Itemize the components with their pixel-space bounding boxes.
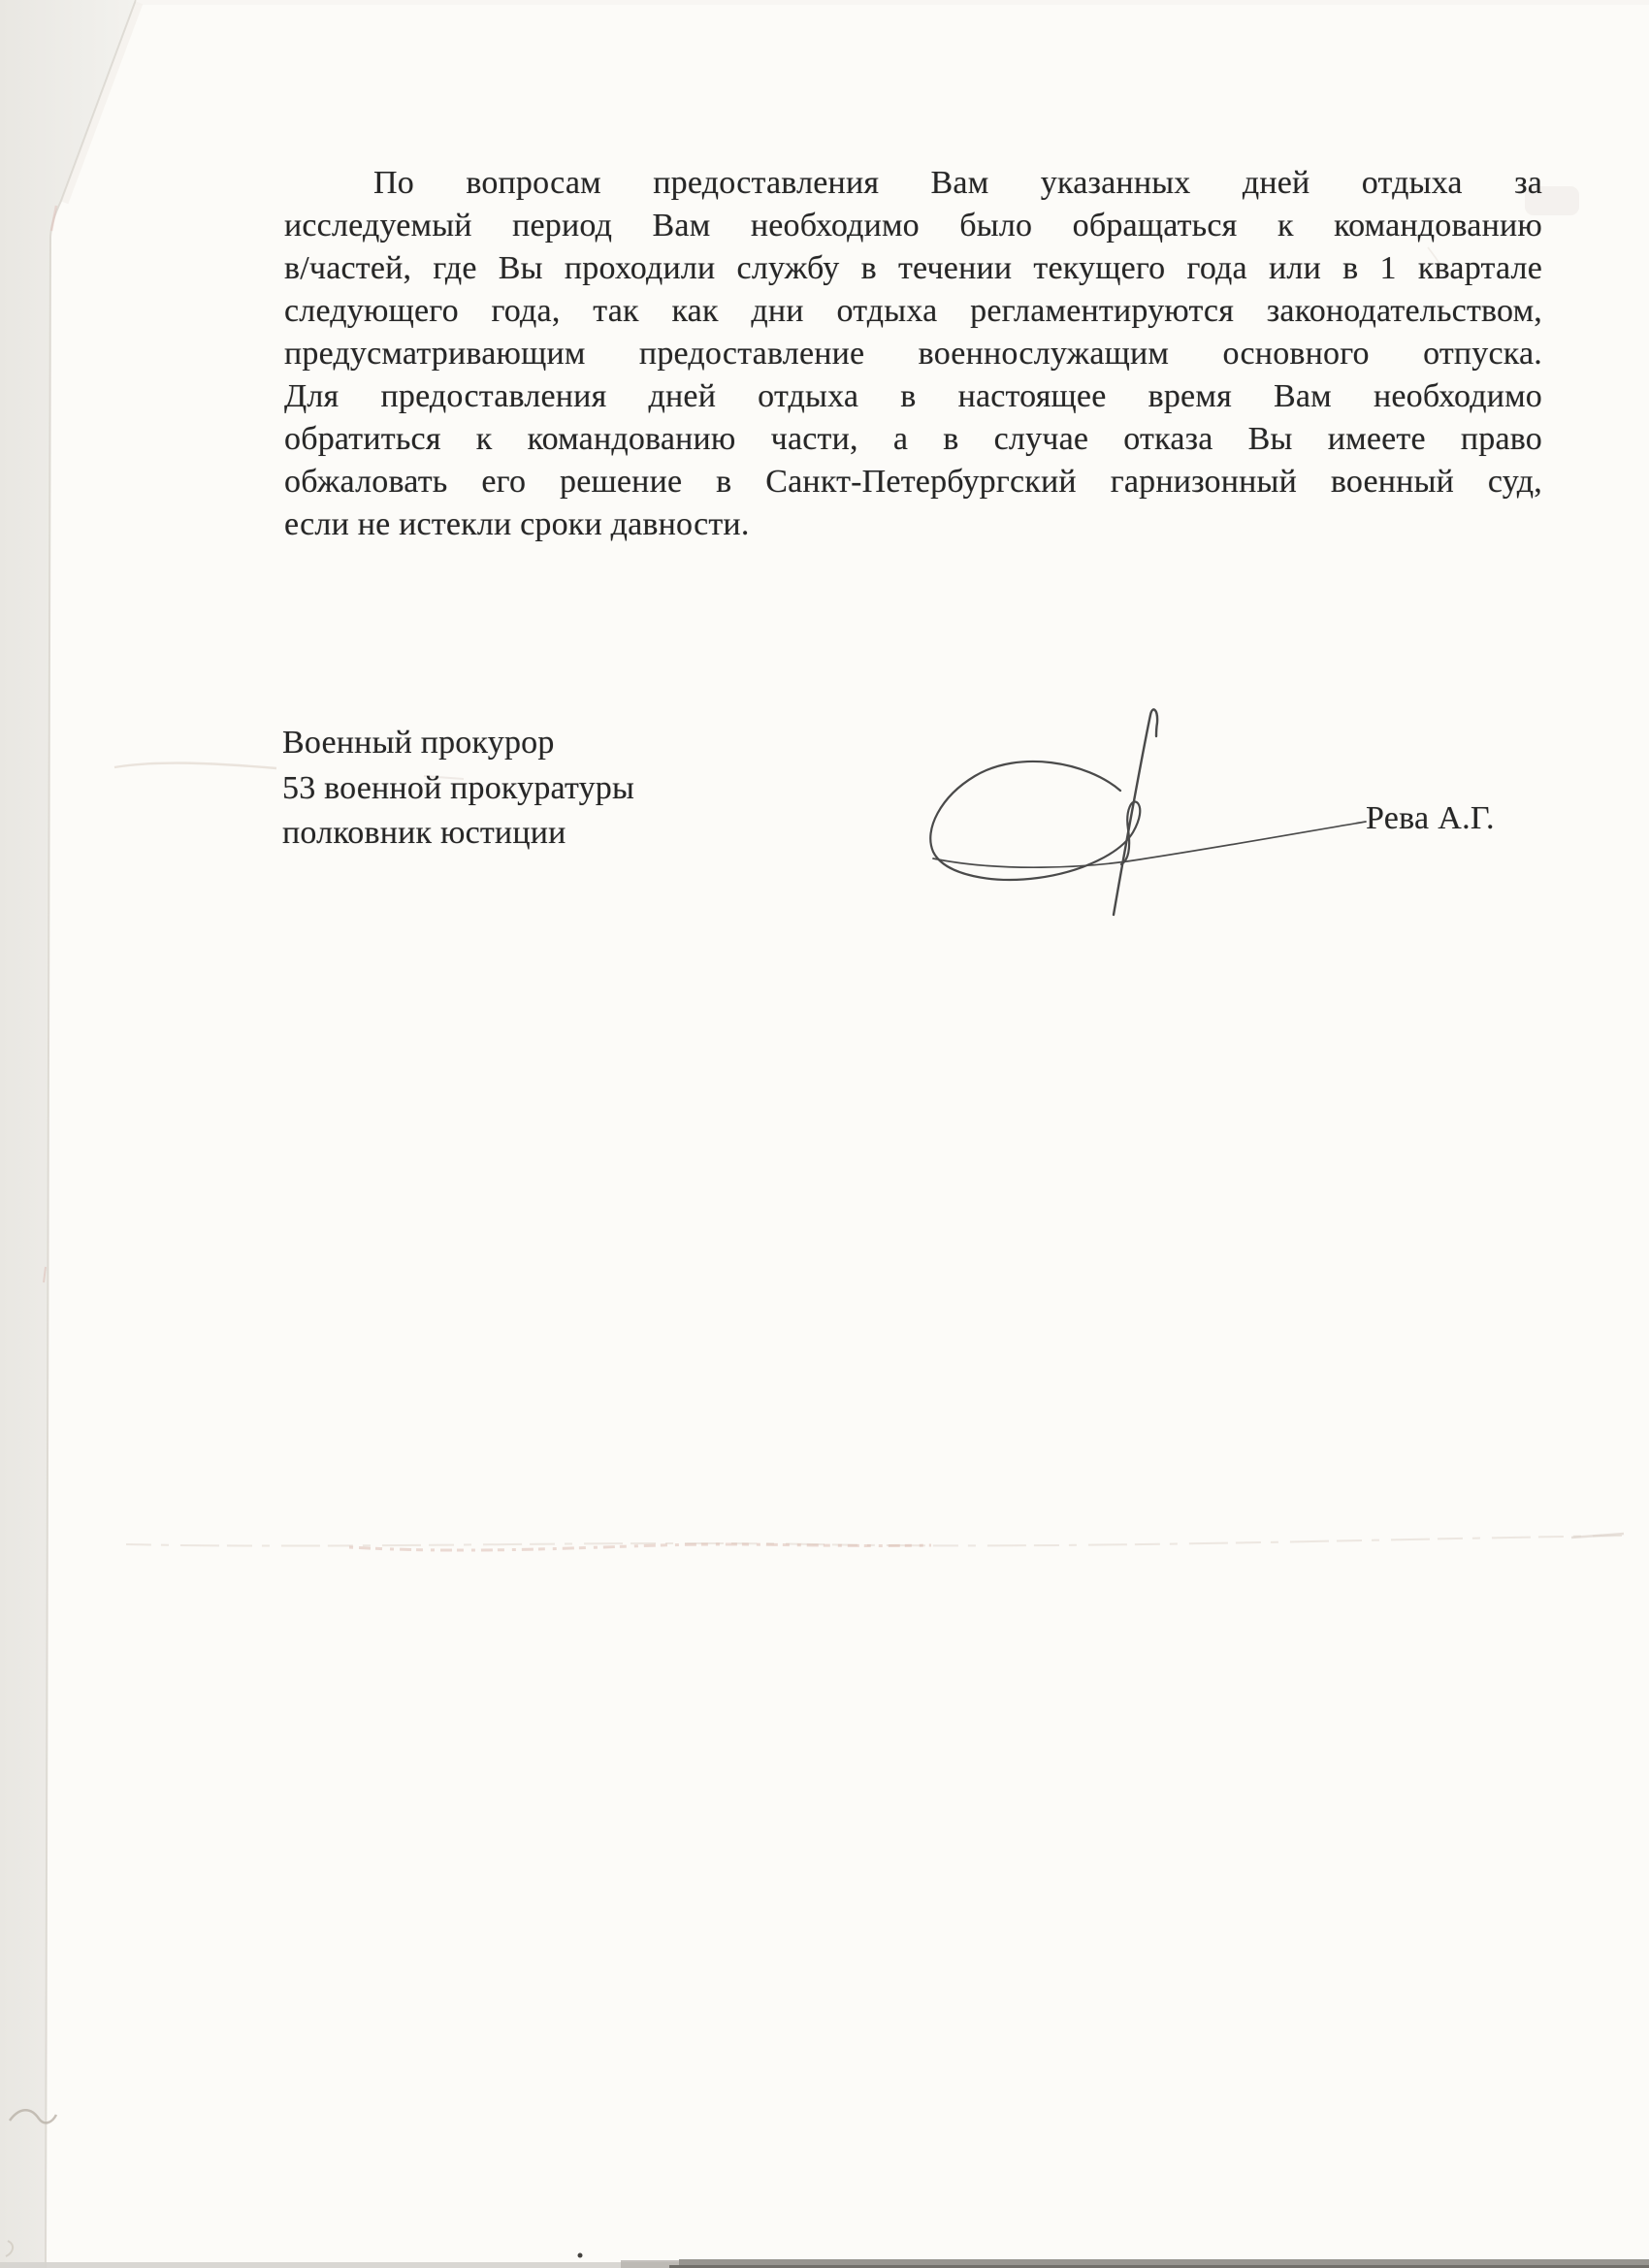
handwritten-signature (902, 694, 1397, 1014)
pencil-squiggle (10, 2110, 56, 2122)
signer-title-line: полковник юстиции (282, 811, 634, 857)
signer-title-block: Военный прокурор 53 военной прокуратуры … (282, 721, 634, 857)
paragraph-line: в/частей, где Вы проходили службу в тече… (284, 247, 1542, 290)
left-scanner-margin (0, 0, 136, 2268)
bottom-scan-edge (679, 2259, 1649, 2268)
paragraph-line: следующего года, так как дни отдыха регл… (284, 290, 1542, 333)
signature-tail-line (933, 822, 1366, 867)
ink-speck (578, 2253, 583, 2258)
signature-loop (930, 761, 1140, 880)
paragraph-line: обратиться к командованию части, а в слу… (284, 418, 1542, 461)
crease-line-long-pink (349, 1544, 931, 1550)
corner-fold-edge (46, 0, 136, 2268)
edge-red-tick (44, 1267, 46, 1282)
paragraph-line: если не истекли сроки давности. (284, 503, 1542, 546)
bottom-scan-edge-light (0, 2262, 679, 2268)
crease-line-small (114, 763, 276, 768)
pencil-mark-corner (6, 2241, 13, 2256)
fold-bend-tint (51, 206, 56, 231)
bottom-scan-edge-transition (621, 2260, 708, 2268)
signature-diagonal-stroke (1114, 709, 1157, 915)
letter-body-paragraph: По вопросам предоставления Вам указанных… (284, 162, 1542, 546)
crease-line-long (126, 1536, 1622, 1546)
scanned-letter-page: По вопросам предоставления Вам указанных… (0, 0, 1649, 2268)
corner-fold-highlight (65, 3, 140, 203)
paragraph-line: Для предоставления дней отдыха в настоящ… (284, 375, 1542, 418)
paragraph-line: обжаловать его решение в Санкт-Петербург… (284, 461, 1542, 503)
top-scan-edge (136, 0, 1649, 5)
signer-title-line: Военный прокурор (282, 721, 634, 766)
signer-title-line: 53 военной прокуратуры (282, 766, 634, 812)
paragraph-line: предусматривающим предоставление военнос… (284, 333, 1542, 375)
paragraph-line: исследуемый период Вам необходимо было о… (284, 205, 1542, 247)
paragraph-line: По вопросам предоставления Вам указанных… (284, 162, 1542, 205)
signer-name: Рева А.Г. (1366, 800, 1495, 837)
crease-line-long-end (1571, 1534, 1624, 1538)
